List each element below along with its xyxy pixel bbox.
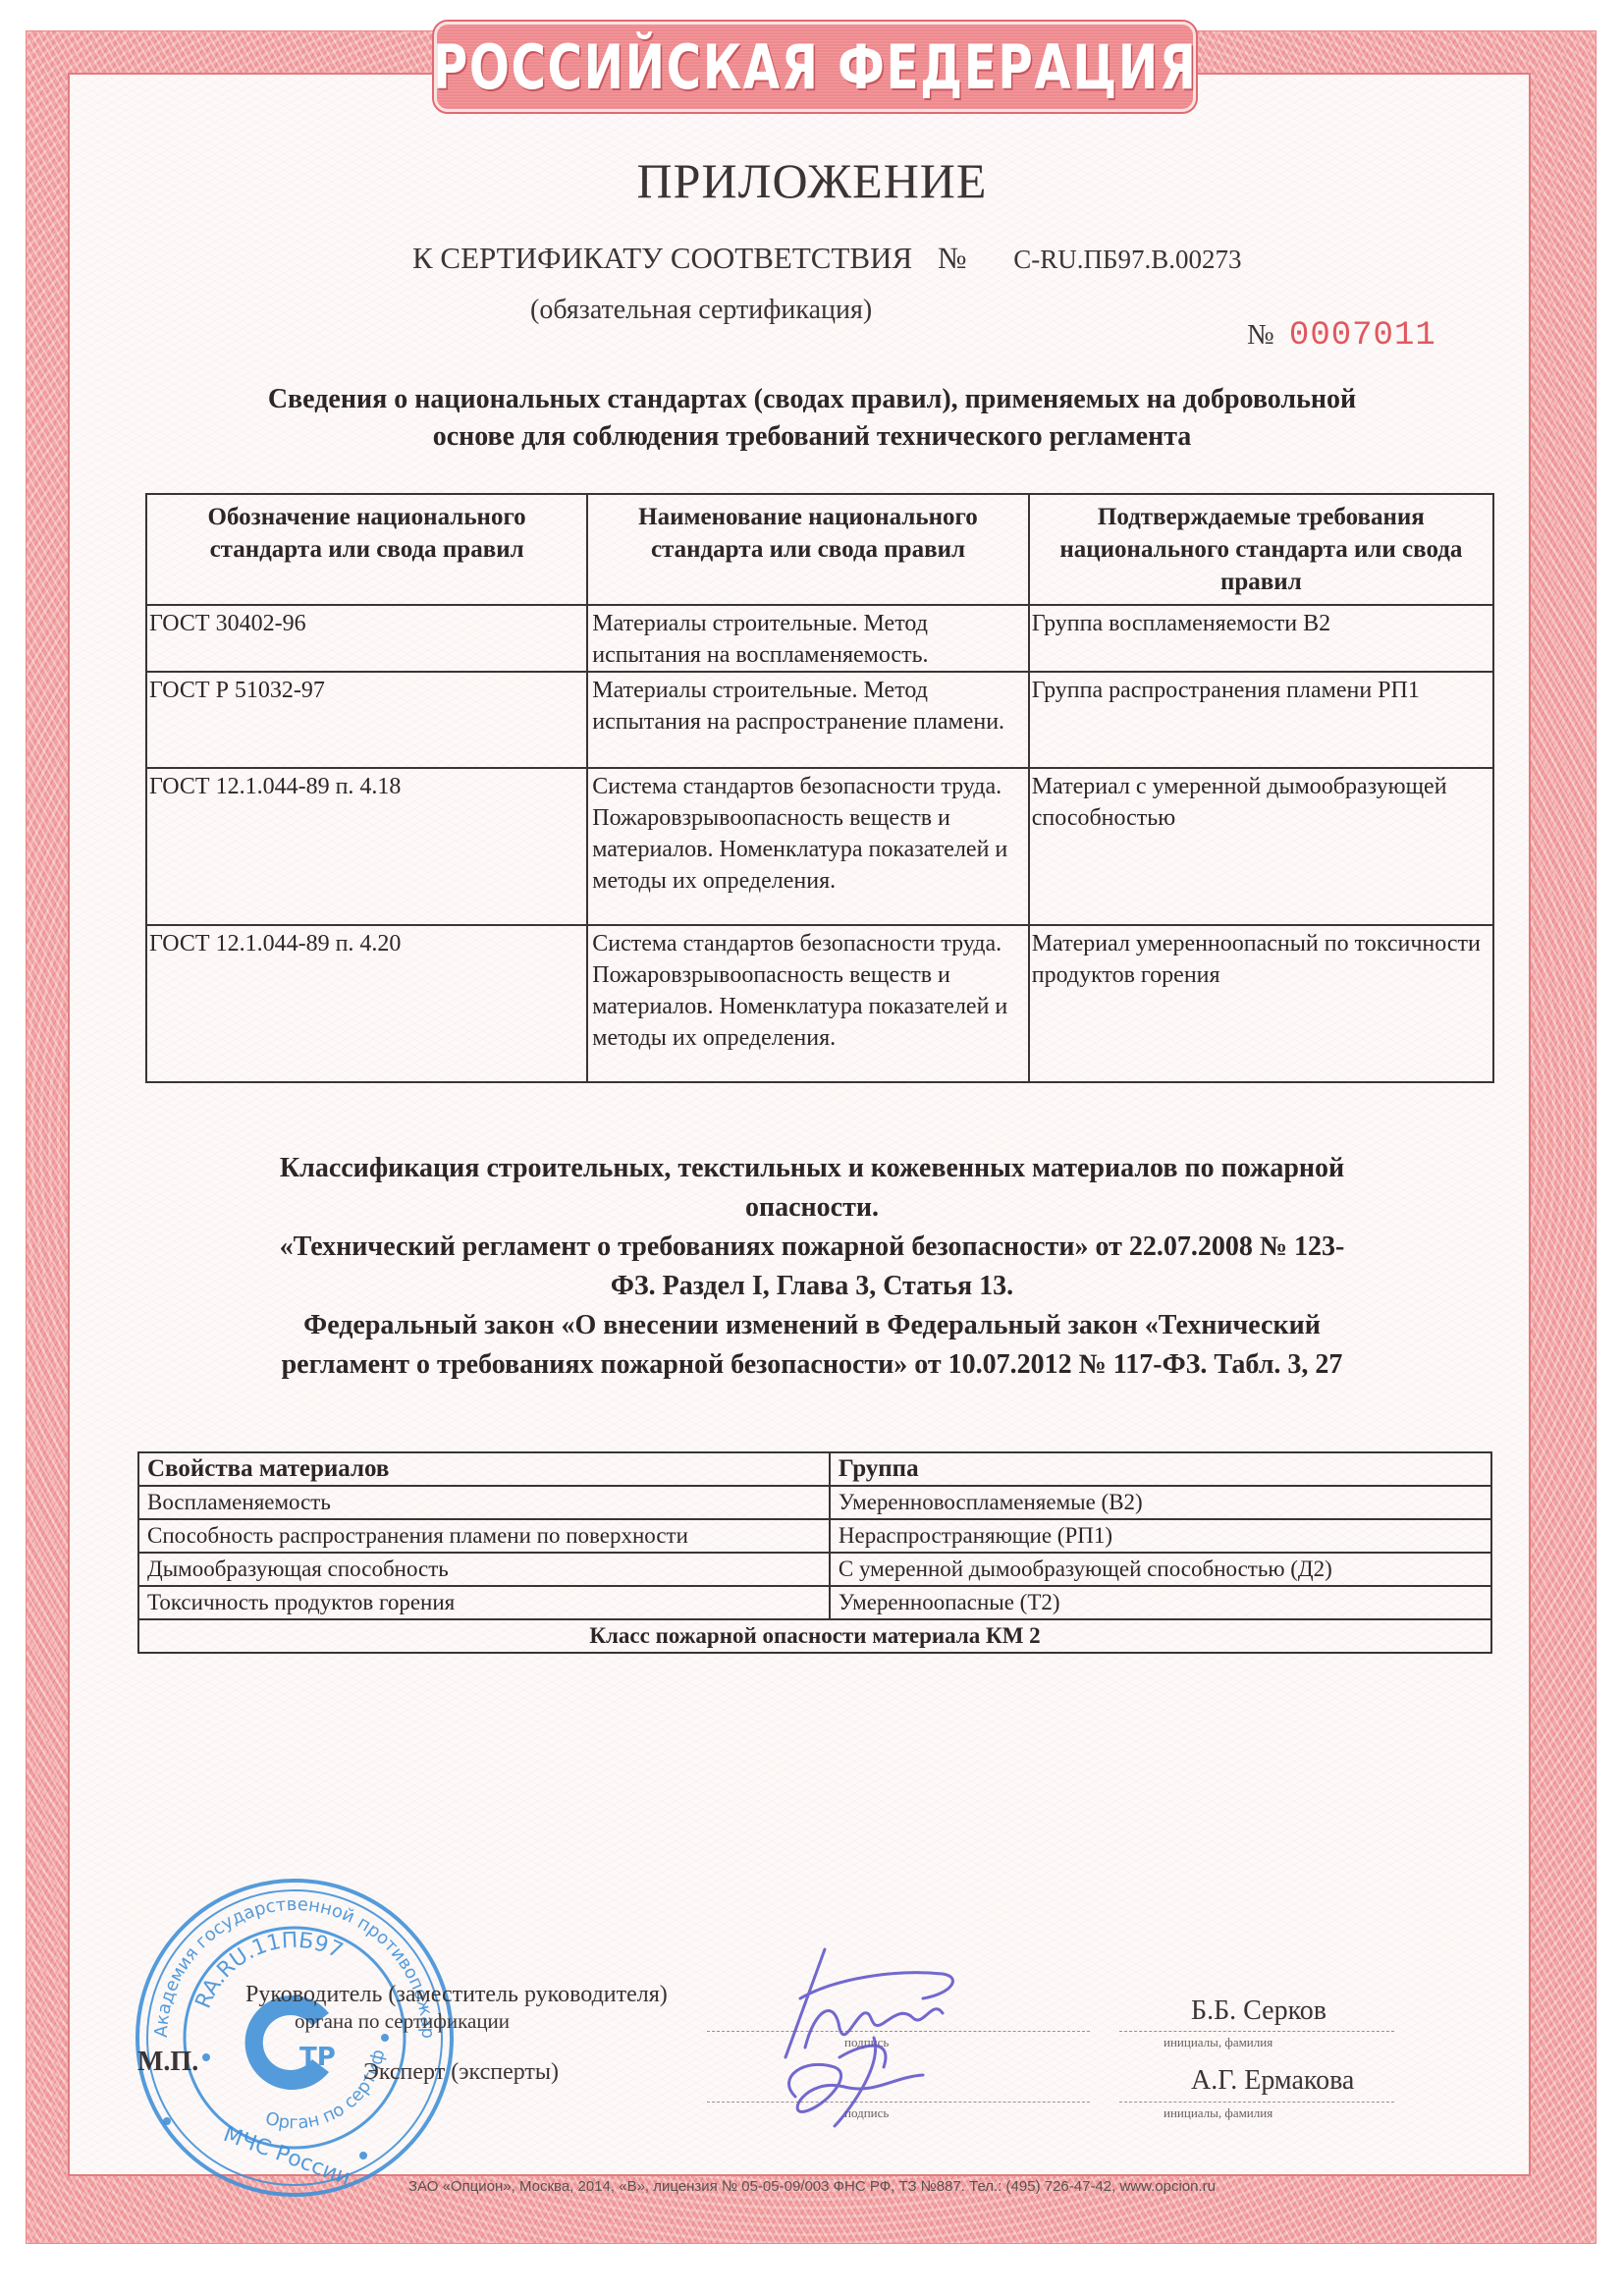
standards-table: Обозначение национального стандарта или …	[145, 493, 1494, 1083]
column-header-property: Свойства материалов	[138, 1452, 830, 1486]
material-property: Токсичность продуктов горения	[138, 1586, 830, 1619]
material-property: Способность распространения пламени по п…	[138, 1519, 830, 1553]
standards-heading-line2: основе для соблюдения требований техниче…	[0, 418, 1624, 456]
column-header-requirement: Подтверждаемые требования национального …	[1029, 494, 1493, 605]
mandatory-note: (обязательная сертификация)	[530, 295, 872, 326]
printer-footer: ЗАО «Опцион», Москва, 2014, «В», лицензи…	[0, 2178, 1624, 2195]
head-label-line2: органа по сертификации	[295, 2009, 510, 2034]
column-header-group: Группа	[830, 1452, 1491, 1486]
standard-code: ГОСТ Р 51032-97	[146, 672, 587, 768]
classification-heading-line1: Классификация строительных, текстильных …	[0, 1149, 1624, 1188]
table-row: ГОСТ 12.1.044-89 п. 4.20 Система стандар…	[146, 925, 1493, 1082]
standard-name: Материалы строительные. Метод испытания …	[587, 605, 1028, 672]
head-label-line1: Руководитель (заместитель руководителя)	[245, 1982, 668, 2008]
material-property: Воспламеняемость	[138, 1486, 830, 1519]
standard-requirement: Группа распространения пламени РП1	[1029, 672, 1493, 768]
column-header-name: Наименование национального стандарта или…	[587, 494, 1028, 605]
standards-table-header: Обозначение национального стандарта или …	[146, 494, 1493, 605]
head-name-caption: инициалы, фамилия	[1164, 2035, 1272, 2050]
standard-name: Система стандартов безопасности труда. П…	[587, 768, 1028, 925]
standard-code: ГОСТ 30402-96	[146, 605, 587, 672]
expert-label: Эксперт (эксперты)	[363, 2059, 559, 2086]
expert-name-line	[1119, 2102, 1394, 2103]
standard-requirement: Группа воспламеняемости В2	[1029, 605, 1493, 672]
column-header-code: Обозначение национального стандарта или …	[146, 494, 587, 605]
standard-requirement: Материал с умеренной дымообразующей спос…	[1029, 768, 1493, 925]
standard-name: Материалы строительные. Метод испытания …	[587, 672, 1028, 768]
certificate-label: К СЕРТИФИКАТУ СООТВЕТСТВИЯ	[412, 241, 912, 275]
head-name: Б.Б. Серков	[1191, 1995, 1326, 2027]
classification-table: Свойства материалов Группа Воспламеняемо…	[137, 1451, 1492, 1654]
certificate-number: C-RU.ПБ97.В.00273	[1013, 245, 1241, 274]
classification-table-header: Свойства материалов Группа	[138, 1452, 1491, 1486]
table-row: ГОСТ Р 51032-97 Материалы строительные. …	[146, 672, 1493, 768]
serial-number: 0007011	[1289, 317, 1436, 355]
classification-heading: Классификация строительных, текстильных …	[0, 1149, 1624, 1385]
page-title: ПРИЛОЖЕНИЕ	[0, 152, 1624, 209]
expert-name-caption: инициалы, фамилия	[1164, 2105, 1272, 2121]
expert-name: А.Г. Ермакова	[1191, 2065, 1354, 2097]
classification-heading-line3: «Технический регламент о требованиях пож…	[0, 1228, 1624, 1267]
banner-text: РОССИЙСКАЯ ФЕДЕРАЦИЯ	[433, 31, 1198, 103]
serial-number-block: № 0007011	[1247, 317, 1436, 355]
svg-text:ТР: ТР	[299, 2043, 336, 2072]
country-banner: РОССИЙСКАЯ ФЕДЕРАЦИЯ	[434, 22, 1196, 112]
fire-hazard-class: Класс пожарной опасности материала КМ 2	[138, 1619, 1491, 1653]
standard-code: ГОСТ 12.1.044-89 п. 4.18	[146, 768, 587, 925]
standards-heading: Сведения о национальных стандартах (свод…	[0, 381, 1624, 456]
handwritten-signature-icon	[746, 1940, 1001, 2136]
standards-heading-line1: Сведения о национальных стандартах (свод…	[0, 381, 1624, 418]
number-sign: №	[938, 241, 967, 275]
standard-requirement: Материал умеренноопасный по токсичности …	[1029, 925, 1493, 1082]
table-row: ГОСТ 12.1.044-89 п. 4.18 Система стандар…	[146, 768, 1493, 925]
material-group: Нераспространяющие (РП1)	[830, 1519, 1491, 1553]
seal-stamp-icon: Академия государственной противопожарной…	[128, 1871, 461, 2205]
material-property: Дымообразующая способность	[138, 1553, 830, 1586]
material-group: С умеренной дымообразующей способностью …	[830, 1553, 1491, 1586]
table-row: Способность распространения пламени по п…	[138, 1519, 1491, 1553]
stamp-place-label: М.П.	[137, 2047, 198, 2078]
standard-code: ГОСТ 12.1.044-89 п. 4.20	[146, 925, 587, 1082]
table-row: Дымообразующая способность С умеренной д…	[138, 1553, 1491, 1586]
material-group: Умеренновоспламеняемые (В2)	[830, 1486, 1491, 1519]
table-row: Токсичность продуктов горения Умереннооп…	[138, 1586, 1491, 1619]
serial-number-sign: №	[1247, 319, 1274, 351]
classification-heading-line6: регламент о требованиях пожарной безопас…	[0, 1345, 1624, 1385]
material-group: Умеренноопасные (Т2)	[830, 1586, 1491, 1619]
classification-heading-line2: опасности.	[0, 1188, 1624, 1228]
certificate-line: К СЕРТИФИКАТУ СООТВЕТСТВИЯ № C-RU.ПБ97.В…	[412, 241, 1241, 276]
table-row: ГОСТ 30402-96 Материалы строительные. Ме…	[146, 605, 1493, 672]
table-row: Воспламеняемость Умеренновоспламеняемые …	[138, 1486, 1491, 1519]
classification-heading-line5: Федеральный закон «О внесении изменений …	[0, 1306, 1624, 1345]
standard-name: Система стандартов безопасности труда. П…	[587, 925, 1028, 1082]
head-name-line	[1119, 2031, 1394, 2032]
fire-hazard-class-row: Класс пожарной опасности материала КМ 2	[138, 1619, 1491, 1653]
classification-heading-line4: ФЗ. Раздел I, Глава 3, Статья 13.	[0, 1267, 1624, 1306]
